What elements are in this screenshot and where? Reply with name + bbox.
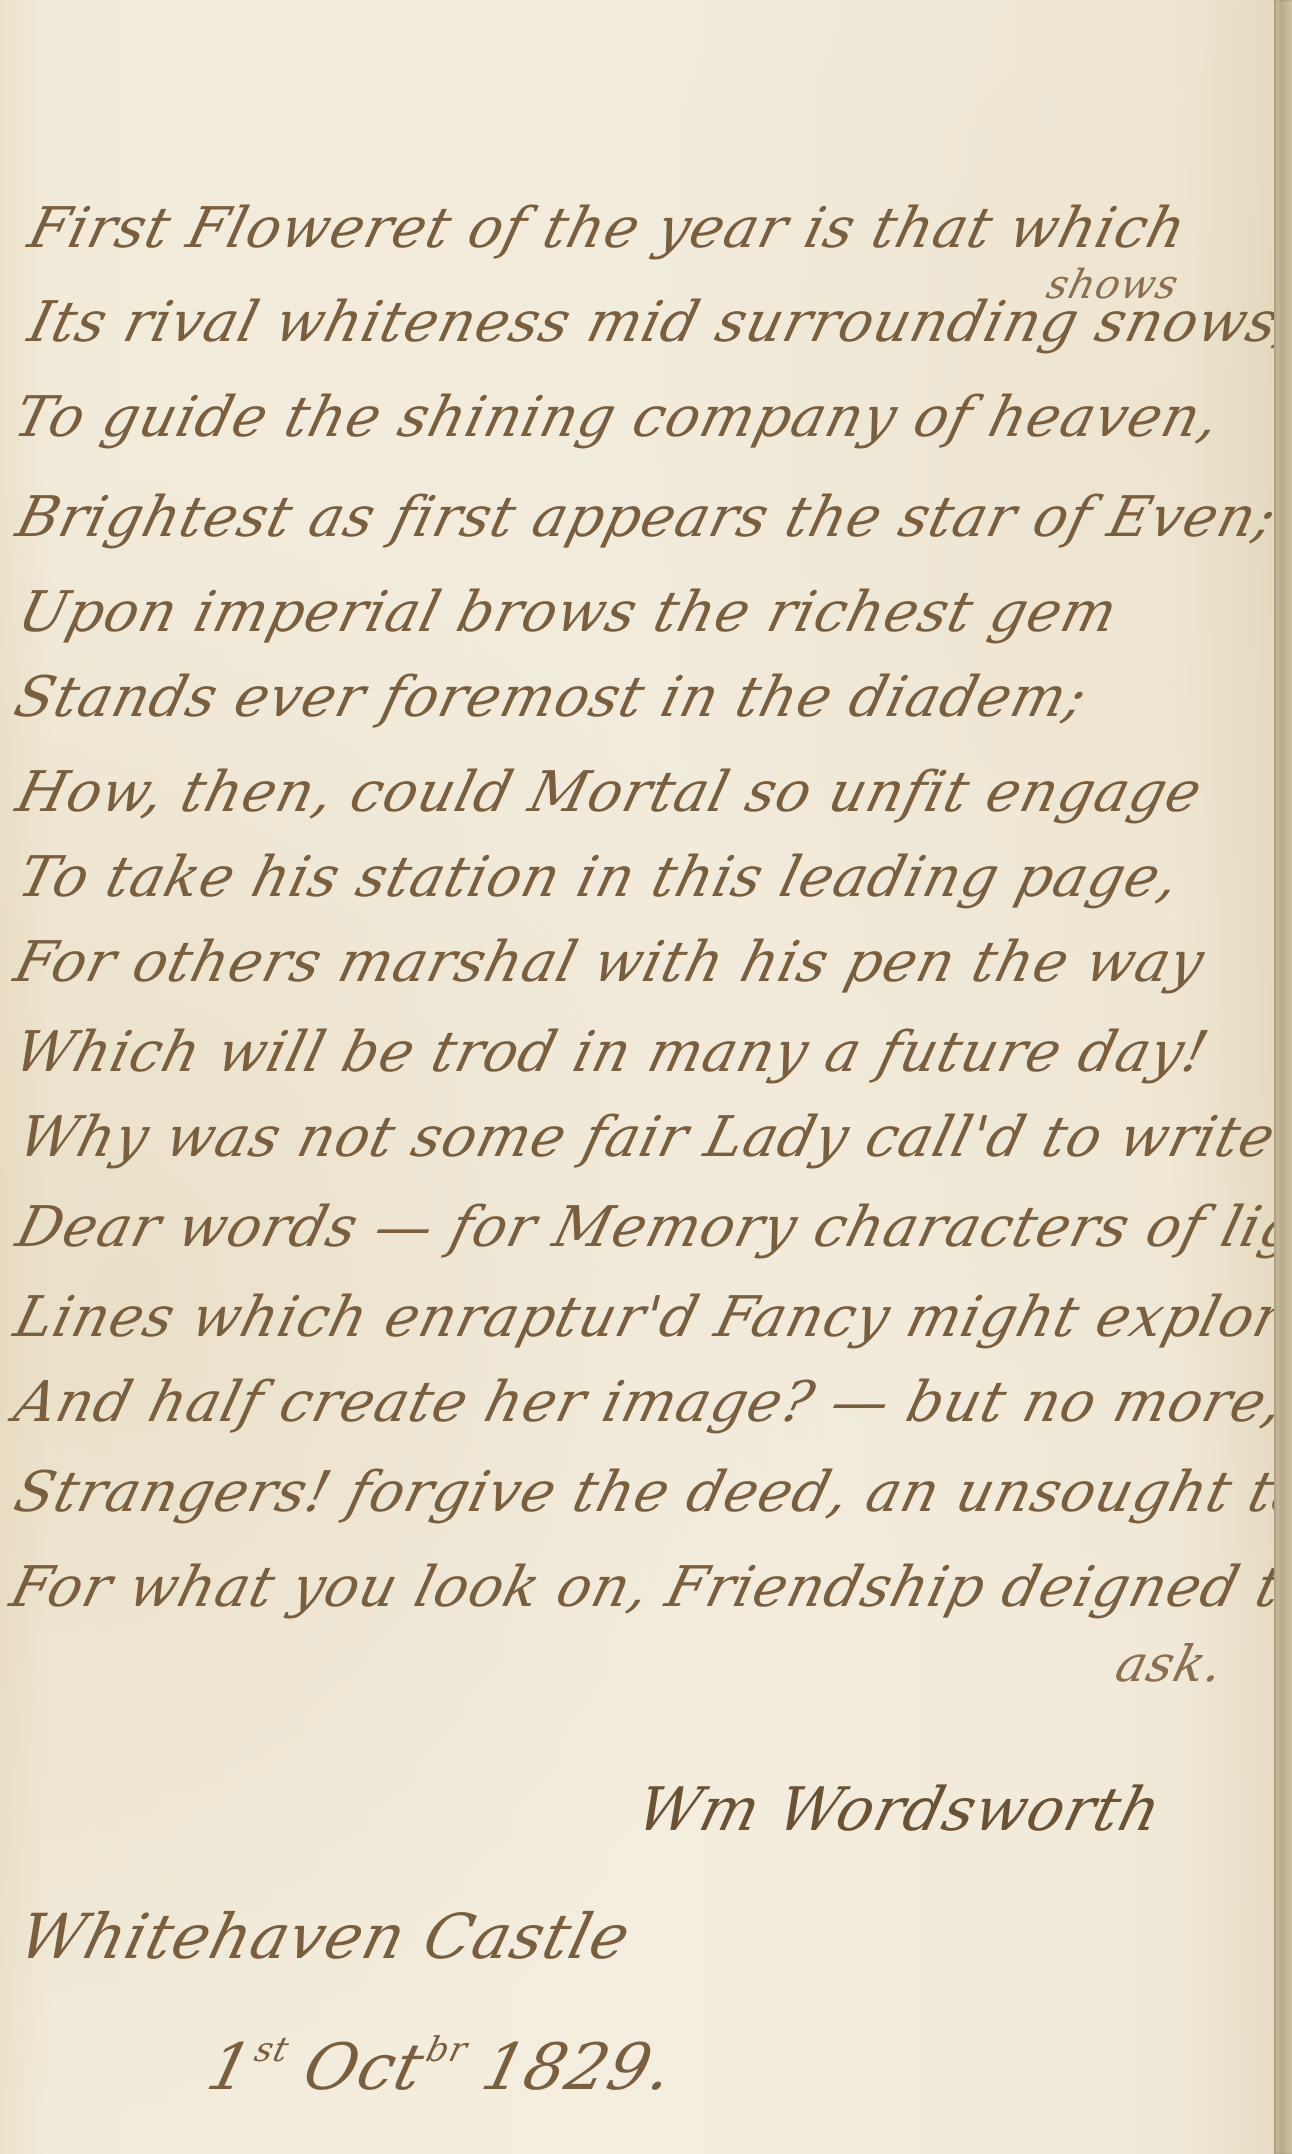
poem-line-11: Why was not some fair Lady call'd to wri…: [12, 1105, 1282, 1170]
poem-line-7: How, then, could Mortal so unfit engage: [10, 760, 1209, 825]
date-year: 1829.: [475, 2031, 682, 2105]
date-month-suffix: br: [422, 2030, 472, 2070]
poem-line-14: And half create her image? — but no more…: [8, 1370, 1292, 1435]
poem-line-2: Its rival whiteness mid surrounding snow…: [22, 290, 1292, 355]
poem-line-5: Upon imperial brows the richest gem: [12, 580, 1124, 645]
insertion-ask: ask.: [1110, 1635, 1230, 1693]
poem-line-16: For what you look on, Friendship deigned…: [4, 1555, 1292, 1620]
poem-line-13: Lines which enraptur'd Fancy might explo…: [8, 1285, 1292, 1350]
date-month: Oct: [296, 2031, 431, 2105]
poem-line-4: Brightest as first appears the star of E…: [10, 485, 1283, 550]
signature: Wm Wordsworth: [630, 1775, 1169, 1845]
poem-line-9: For others marshal with his pen the way: [8, 930, 1211, 995]
place-name: Whitehaven Castle: [12, 1900, 638, 1973]
poem-line-3: To guide the shining company of heaven,: [8, 385, 1227, 450]
poem-line-10: Which will be trod in many a future day!: [8, 1020, 1215, 1085]
poem-line-8: To take his station in this leading page…: [12, 845, 1186, 910]
poem-line-12: Dear words — for Memory characters of li…: [10, 1195, 1292, 1260]
poem-line-1: First Floweret of the year is that which: [22, 196, 1193, 261]
page-gutter: [1274, 0, 1292, 2154]
manuscript-page: shows First Floweret of the year is that…: [0, 0, 1274, 2154]
poem-line-15: Strangers! forgive the deed, an unsought…: [8, 1460, 1292, 1525]
date-line: 1st Octbr 1829.: [200, 2030, 682, 2105]
poem-line-6: Stands ever foremost in the diadem;: [8, 665, 1094, 730]
